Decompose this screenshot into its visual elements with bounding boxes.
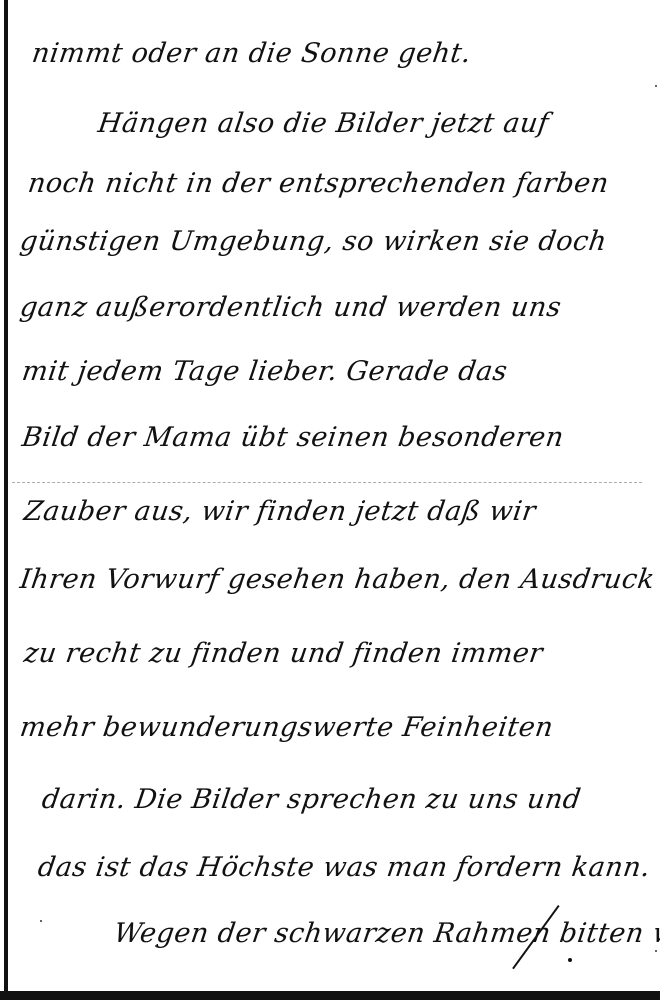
handwritten-line-6: mit jedem Tage lieber. Gerade das: [20, 356, 509, 387]
scan-speck: [40, 920, 42, 922]
scan-speck: [655, 85, 657, 87]
handwritten-line-8: Zauber aus, wir finden jetzt daß wir: [22, 496, 538, 527]
scan-bottom-border: [0, 991, 660, 1000]
handwritten-line-4: günstigen Umgebung, so wirken sie doch: [18, 226, 609, 257]
paper-fold-line: [12, 482, 642, 483]
scan-left-border: [4, 0, 8, 1000]
continuation-dot-mark: [568, 958, 572, 962]
handwritten-line-5: ganz außerordentlich und werden uns: [18, 292, 563, 323]
handwritten-line-11: mehr bewunderungswerte Feinheiten: [18, 712, 555, 743]
handwritten-line-10: zu recht zu finden und finden immer: [22, 638, 545, 669]
handwritten-line-9: Ihren Vorwurf gesehen haben, den Ausdruc…: [18, 564, 657, 595]
handwritten-line-7: Bild der Mama übt seinen besonderen: [20, 422, 566, 453]
scan-speck: [655, 950, 657, 952]
handwritten-line-3: noch nicht in der entsprechenden farben: [26, 168, 611, 199]
scan-speck: [155, 945, 157, 947]
handwritten-line-12: darin. Die Bilder sprechen zu uns und: [40, 784, 583, 815]
letter-page: nimmt oder an die Sonne geht. Hängen als…: [0, 0, 660, 1000]
handwritten-line-13: das ist das Höchste was man fordern kann…: [36, 852, 652, 883]
handwritten-line-2: Hängen also die Bilder jetzt auf: [96, 108, 551, 139]
handwritten-line-1: nimmt oder an die Sonne geht.: [30, 38, 473, 69]
handwritten-line-14: Wegen der schwarzen Rahmen bitten wir: [112, 918, 660, 949]
